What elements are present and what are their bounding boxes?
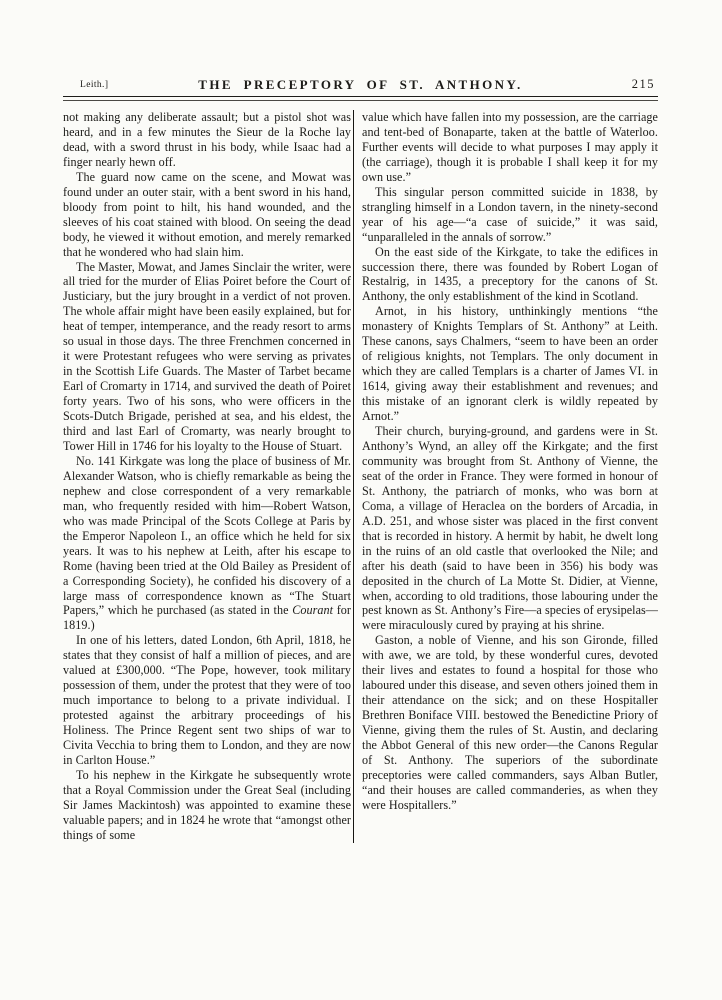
paragraph: Gaston, a noble of Vienne, and his son G… [362,633,658,812]
page-title: THE PRECEPTORY OF ST. ANTHONY. [198,76,522,93]
left-column: not making any deliberate assault; but a… [63,110,351,843]
header-double-rule [63,96,658,101]
paragraph: Arnot, in his history, unthinkingly ment… [362,304,658,424]
page-number: 215 [632,77,655,92]
paragraph: This singular person committed suicide i… [362,185,658,245]
paragraph: The guard now came on the scene, and Mow… [63,170,351,260]
paragraph: To his nephew in the Kirkgate he subsequ… [63,768,351,843]
paragraph: value which have fallen into my possessi… [362,110,658,185]
text-columns: not making any deliberate assault; but a… [63,110,658,843]
paragraph: On the east side of the Kirkgate, to tak… [362,245,658,305]
paragraph: The Master, Mowat, and James Sinclair th… [63,260,351,454]
paragraph: No. 141 Kirkgate was long the place of b… [63,454,351,633]
page-header: Leith.] THE PRECEPTORY OF ST. ANTHONY. 2… [63,76,658,93]
paragraph: In one of his letters, dated London, 6th… [63,633,351,768]
paragraph: Their church, burying-ground, and garden… [362,424,658,633]
paragraph: not making any deliberate assault; but a… [63,110,351,170]
book-page: Leith.] THE PRECEPTORY OF ST. ANTHONY. 2… [0,0,722,1000]
right-column: value which have fallen into my possessi… [354,110,658,843]
running-header-left: Leith.] [80,80,108,90]
